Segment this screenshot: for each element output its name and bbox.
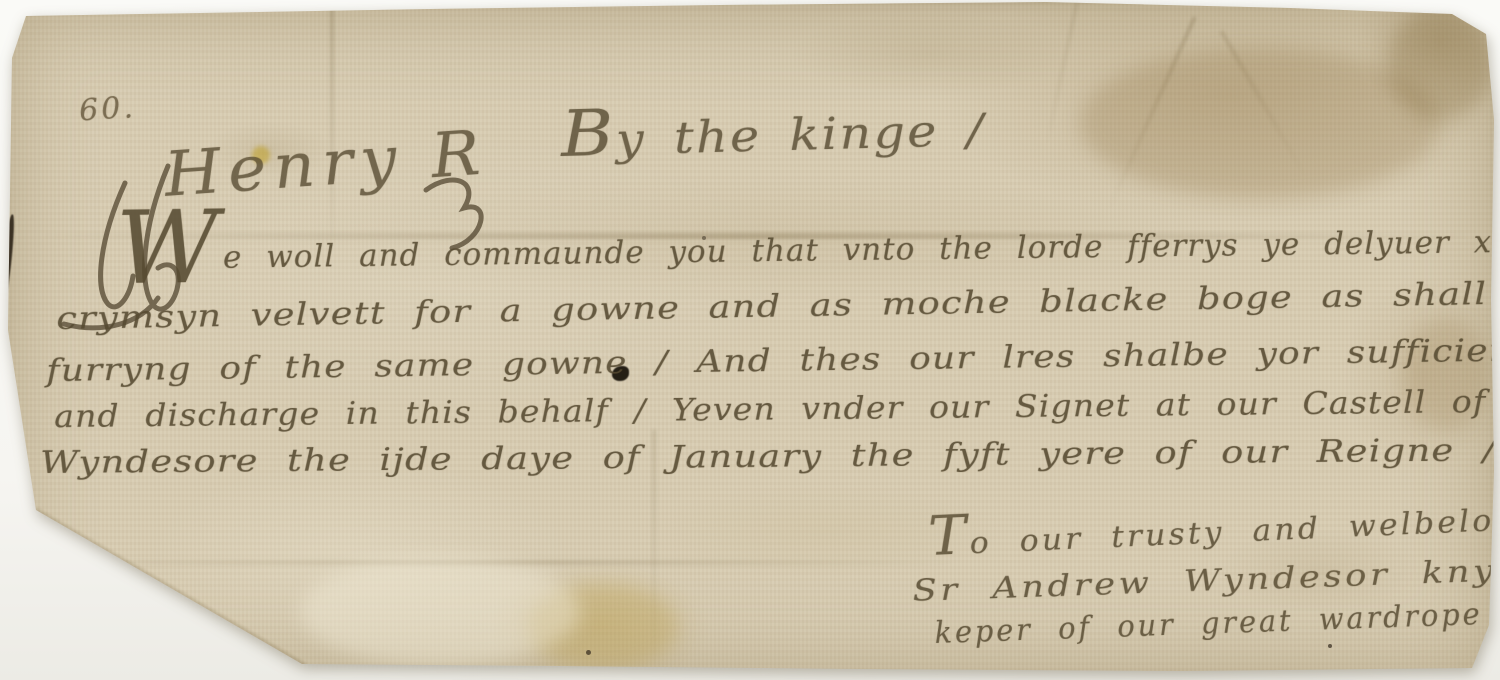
crease-diagonal xyxy=(1044,1,1078,148)
ink-streak xyxy=(0,214,17,332)
crease-diagonal xyxy=(1107,16,1196,209)
stain-patch-light xyxy=(300,556,580,666)
parchment-sheet: 60. By the kinge / Henry R We woll and c… xyxy=(0,0,1500,680)
fold-line-horizontal xyxy=(60,560,960,565)
body-line: and discharge in this behalf / Yeven vnd… xyxy=(54,383,1486,437)
parchment-wrap: 60. By the kinge / Henry R We woll and c… xyxy=(0,0,1500,680)
scanned-document-canvas: 60. By the kinge / Henry R We woll and c… xyxy=(0,0,1500,680)
archival-number: 60. xyxy=(78,90,137,129)
heading-by-the-king: By the kinge / xyxy=(560,87,986,172)
body-line: Wyndesore the ijde daye of January the f… xyxy=(40,431,1497,482)
stain-patch xyxy=(1080,48,1440,198)
stain-patch xyxy=(528,584,678,670)
crease-diagonal xyxy=(1220,30,1308,179)
ink-speck xyxy=(1328,644,1332,648)
stain-patch xyxy=(1388,6,1492,122)
ink-speck xyxy=(586,650,591,655)
cut-edge-shadow xyxy=(30,508,306,674)
docket-line: To our trusty and welbeloued xyxy=(928,500,1500,563)
